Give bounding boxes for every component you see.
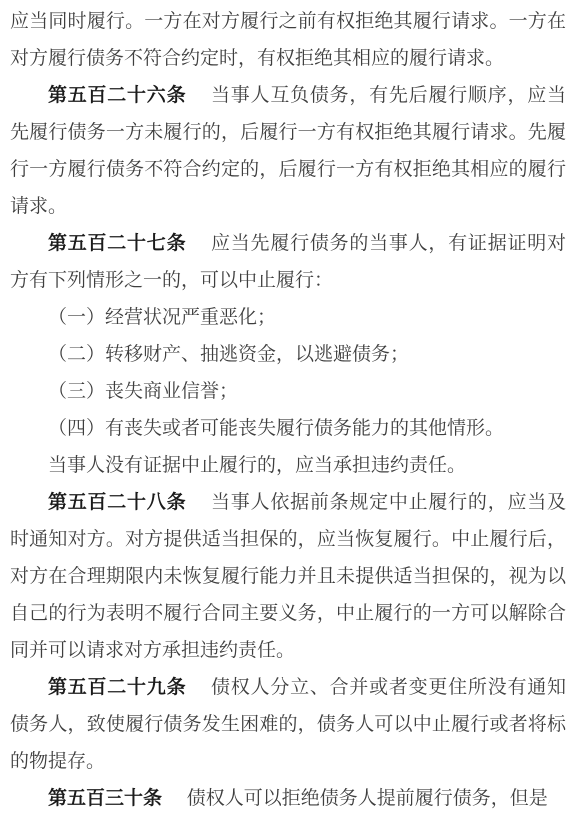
list-item-text: （二）转移财产、抽逃资金，以逃避债务； (48, 344, 409, 365)
paragraph-article-529: 第五百二十九条债权人分立、合并或者变更住所没有通知债务人，致使履行债务发生困难的… (10, 669, 566, 780)
paragraph-text: 当事人没有证据中止履行的，应当承担违约责任。 (48, 455, 466, 476)
list-item-text: （三）丧失商业信誉； (48, 381, 238, 402)
paragraph-article-527-tail: 当事人没有证据中止履行的，应当承担违约责任。 (10, 447, 566, 484)
list-item-text: （四）有丧失或者可能丧失履行债务能力的其他情形。 (48, 418, 504, 439)
paragraph-article-527: 第五百二十七条应当先履行债务的当事人，有证据证明对方有下列情形之一的，可以中止履… (10, 225, 566, 299)
list-item-2: （二）转移财产、抽逃资金，以逃避债务； (10, 336, 566, 373)
paragraph-text: 应当同时履行。一方在对方履行之前有权拒绝其履行请求。一方在对方履行债务不符合约定… (10, 11, 566, 69)
list-item-3: （三）丧失商业信誉； (10, 373, 566, 410)
paragraph-article-528: 第五百二十八条当事人依据前条规定中止履行的，应当及时通知对方。对方提供适当担保的… (10, 484, 566, 669)
article-number-527: 第五百二十七条 (48, 233, 186, 254)
paragraph-continuation: 应当同时履行。一方在对方履行之前有权拒绝其履行请求。一方在对方履行债务不符合约定… (10, 3, 566, 77)
list-item-1: （一）经营状况严重恶化； (10, 299, 566, 336)
article-number-530: 第五百三十条 (48, 788, 162, 809)
paragraph-article-526: 第五百二十六条当事人互负债务，有先后履行顺序，应当先履行债务一方未履行的，后履行… (10, 77, 566, 225)
list-item-4: （四）有丧失或者可能丧失履行债务能力的其他情形。 (10, 410, 566, 447)
paragraph-text: 债权人可以拒绝债务人提前履行债务，但是 (187, 788, 548, 809)
article-number-529: 第五百二十九条 (48, 677, 186, 698)
article-number-526: 第五百二十六条 (48, 85, 186, 106)
article-number-528: 第五百二十八条 (48, 492, 186, 513)
paragraph-text: 当事人依据前条规定中止履行的，应当及时通知对方。对方提供适当担保的，应当恢复履行… (10, 492, 566, 661)
list-item-text: （一）经营状况严重恶化； (48, 307, 276, 328)
document-page: 应当同时履行。一方在对方履行之前有权拒绝其履行请求。一方在对方履行债务不符合约定… (0, 0, 578, 820)
paragraph-article-530: 第五百三十条债权人可以拒绝债务人提前履行债务，但是 (10, 780, 566, 817)
